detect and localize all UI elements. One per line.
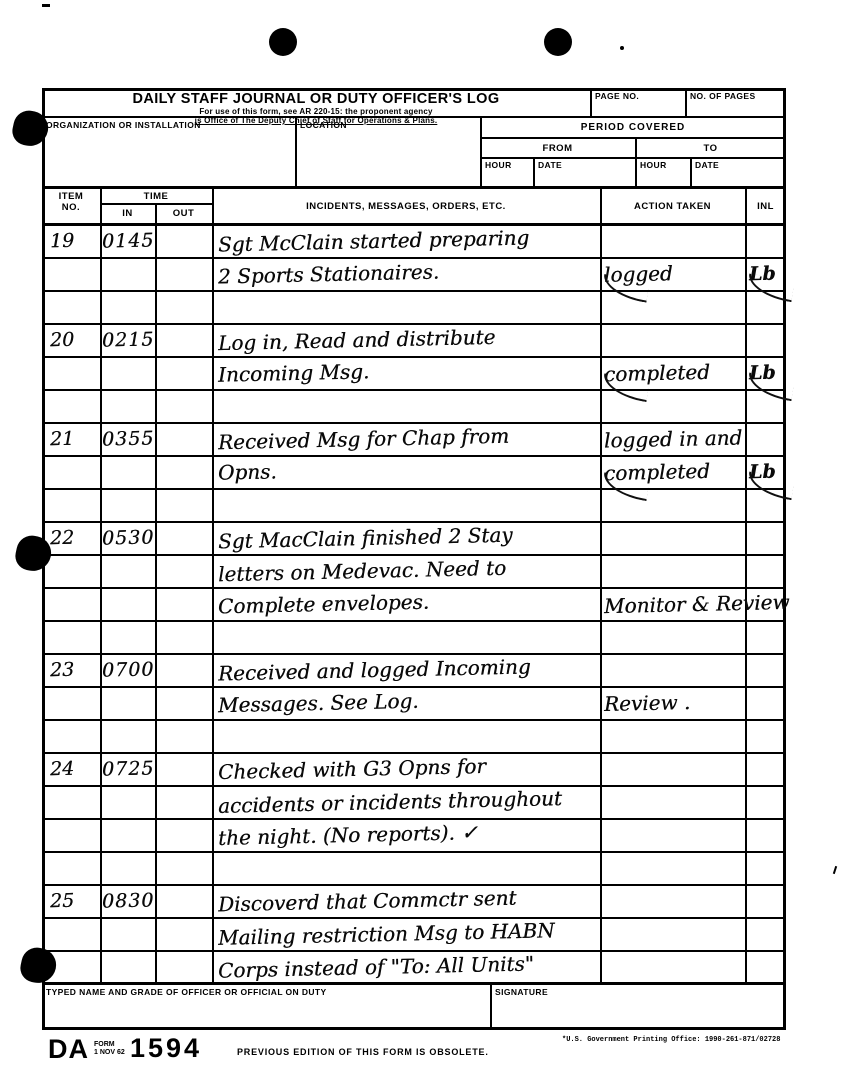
grid-line: [590, 88, 592, 117]
entry-incident-text: Discoverd that Commctr sent: [218, 885, 517, 918]
signature-field: [495, 1000, 780, 1024]
grid-line: [685, 88, 687, 117]
entry-action-text: completed: [604, 458, 710, 486]
entry-time-in: 0145: [102, 227, 155, 254]
entry-item-no: 24: [50, 756, 75, 783]
obsolete-note: PREVIOUS EDITION OF THIS FORM IS OBSOLET…: [237, 1047, 489, 1057]
col-header-action-taken: ACTION TAKEN: [600, 188, 745, 225]
row-divider: [42, 455, 786, 457]
entry-item-no: 20: [50, 327, 75, 354]
entry-initials: Lb: [749, 459, 776, 486]
log-table-body: 190145Sgt McClain started preparing2 Spo…: [42, 225, 786, 984]
from-hour-field: [485, 172, 529, 186]
to-hour-label: HOUR: [640, 160, 667, 170]
entry-incident-text: Incoming Msg.: [218, 358, 370, 387]
row-divider: [42, 290, 786, 292]
location-field: [300, 132, 475, 184]
entry-incident-text: Mailing restriction Msg to HABN: [218, 917, 555, 951]
entry-initials: Lb: [749, 261, 776, 288]
no-label: NO.: [42, 202, 100, 213]
row-divider: [42, 389, 786, 391]
grid-line: [635, 138, 637, 188]
hole-punch-top-right: [544, 28, 572, 56]
form-title-block: DAILY STAFF JOURNAL OR DUTY OFFICER'S LO…: [42, 88, 590, 117]
entry-time-in: 0725: [102, 755, 155, 782]
row-divider: [42, 554, 786, 556]
from-date-label: DATE: [538, 160, 562, 170]
period-covered-label: PERIOD COVERED: [480, 117, 786, 138]
entry-item-no: 19: [50, 228, 75, 255]
ink-speck: [620, 46, 624, 50]
scan-mark-right: [833, 866, 837, 874]
row-divider: [42, 884, 786, 886]
grid-line: [490, 984, 492, 1027]
printing-office-note: *U.S. Government Printing Office: 1990-2…: [562, 1036, 780, 1044]
entry-time-in: 0700: [102, 656, 155, 683]
page-no-label: PAGE NO.: [595, 91, 639, 101]
item-label: ITEM: [42, 191, 100, 202]
scanned-document-page: DAILY STAFF JOURNAL OR DUTY OFFICER'S LO…: [0, 0, 856, 1088]
grid-line: [295, 117, 297, 188]
col-header-inl: INL: [745, 188, 786, 225]
to-date-label: DATE: [695, 160, 719, 170]
grid-line: [690, 158, 692, 188]
grid-line: [533, 158, 535, 188]
form-word: FORM: [94, 1041, 125, 1049]
entry-incident-text: Checked with G3 Opns for: [218, 753, 486, 785]
grid-line: [42, 982, 786, 985]
entry-item-no: 21: [50, 426, 75, 453]
signature-label: SIGNATURE: [495, 987, 548, 997]
period-to-label: TO: [635, 138, 786, 158]
entry-incident-text: Received Msg for Chap from: [218, 423, 510, 456]
col-header-time: TIME: [100, 191, 212, 202]
entry-time-in: 0830: [102, 887, 155, 914]
da-form-1594: DAILY STAFF JOURNAL OR DUTY OFFICER'S LO…: [42, 88, 786, 1030]
row-divider: [42, 653, 786, 655]
hole-punch-top-left: [269, 28, 297, 56]
period-from-label: FROM: [480, 138, 635, 158]
form-edition: FORM 1 NOV 62: [94, 1041, 125, 1057]
row-divider: [42, 950, 786, 952]
entry-action-text: Review .: [604, 689, 691, 717]
entry-item-no: 23: [50, 657, 75, 684]
form-edition-date: 1 NOV 62: [94, 1049, 125, 1057]
entry-action-text: Monitor & Review: [604, 589, 790, 619]
row-divider: [42, 851, 786, 853]
from-date-field: [538, 172, 631, 186]
col-header-out: OUT: [155, 208, 212, 219]
entry-incident-text: Log in, Read and distribute: [218, 324, 496, 356]
entry-incident-text: Sgt MacClain finished 2 Stay: [218, 522, 513, 555]
from-hour-label: HOUR: [485, 160, 512, 170]
form-border: [42, 1027, 786, 1030]
typed-name-label: TYPED NAME AND GRADE OF OFFICER OR OFFIC…: [46, 987, 327, 997]
to-hour-field: [640, 172, 686, 186]
form-subtitle-1: For use of this form, see AR 220-15: the…: [42, 107, 590, 116]
entry-incident-text: Corps instead of "To: All Units": [218, 950, 534, 983]
col-header-incidents: INCIDENTS, MESSAGES, ORDERS, ETC.: [212, 188, 600, 225]
typed-name-field: [46, 1000, 486, 1024]
entry-incident-text: Complete envelopes.: [218, 589, 430, 620]
entry-incident-text: Sgt McClain started preparing: [218, 224, 530, 257]
row-divider: [42, 422, 786, 424]
col-header-in: IN: [100, 208, 155, 219]
grid-line: [480, 157, 786, 159]
entry-incident-text: Opns.: [218, 458, 277, 485]
entry-action-text: completed: [604, 359, 710, 387]
entry-item-no: 22: [50, 525, 75, 552]
form-title: DAILY STAFF JOURNAL OR DUTY OFFICER'S LO…: [42, 91, 590, 107]
form-prefix: DA: [48, 1034, 89, 1065]
no-of-pages-label: NO. OF PAGES: [690, 91, 756, 101]
row-divider: [42, 488, 786, 490]
form-number: 1594: [130, 1033, 202, 1064]
row-divider: [42, 620, 786, 622]
page-no-field: [595, 102, 680, 116]
entry-incident-text: Received and logged Incoming: [218, 653, 531, 686]
row-divider: [42, 521, 786, 523]
entry-time-in: 0355: [102, 425, 155, 452]
entry-action-text: logged: [604, 260, 673, 288]
entry-initials: Lb: [749, 360, 776, 387]
entry-incident-text: 2 Sports Stationaires.: [218, 258, 440, 289]
scan-mark-top: [42, 4, 50, 7]
entry-incident-text: accidents or incidents throughout: [218, 785, 562, 819]
no-of-pages-field: [690, 102, 780, 116]
col-header-item-no: ITEM NO.: [42, 191, 100, 213]
entry-incident-text: the night. (No reports). ✓: [218, 819, 478, 851]
row-divider: [42, 917, 786, 919]
organization-field: [46, 132, 291, 184]
entry-item-no: 25: [50, 888, 75, 915]
location-label: LOCATION: [300, 120, 347, 130]
row-divider: [42, 719, 786, 721]
organization-label: ORGANIZATION OR INSTALLATION: [46, 120, 201, 130]
to-date-field: [695, 172, 780, 186]
row-divider: [42, 356, 786, 358]
entry-time-in: 0215: [102, 326, 155, 353]
entry-incident-text: Messages. See Log.: [218, 688, 419, 719]
entry-incident-text: letters on Medevac. Need to: [218, 555, 507, 588]
entry-action-text: logged in and: [604, 424, 743, 453]
row-divider: [42, 785, 786, 787]
entry-time-in: 0530: [102, 524, 155, 551]
